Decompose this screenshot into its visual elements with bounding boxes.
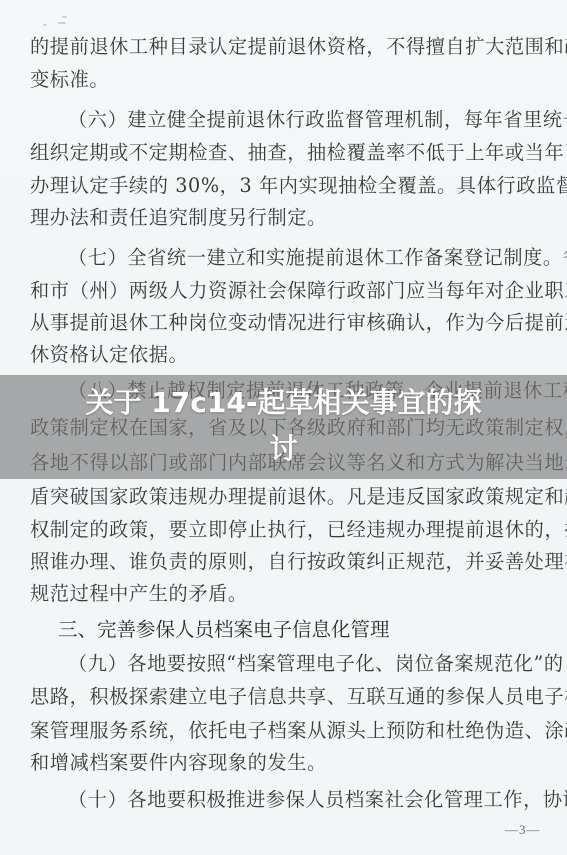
paragraph-nine-start: （九）各地要按照“档案管理电子化、岗位备案规范化”的 bbox=[68, 648, 540, 680]
text-line: 办理认定手续的 30%，3 年内实现抽检全覆盖。具体行政监督管 bbox=[30, 170, 540, 202]
text-line: 组织定期或不定期检查、抽查，抽检覆盖率不低于上年或当年已 bbox=[30, 137, 540, 169]
text-line: 变标准。 bbox=[30, 64, 540, 96]
text-line: 照谁办理、谁负责的原则，自行按政策纠正规范，并妥善处理在 bbox=[30, 546, 540, 578]
text-line: 规范过程中产生的矛盾。 bbox=[30, 578, 540, 610]
text-line: 的提前退休工种目录认定提前退休资格，不得擅自扩大范围和改 bbox=[30, 31, 540, 63]
paragraph-six-start: （六）建立健全提前退休行政监督管理机制，每年省里统一 bbox=[68, 104, 540, 136]
text-line: 理办法和责任追究制度另行制定。 bbox=[30, 202, 540, 234]
text-line: 思路，积极探索建立电子信息共享、互联互通的参保人员电子档 bbox=[30, 681, 540, 713]
text-line: 案管理服务系统，依托电子档案从源头上预防和杜绝伪造、涂改 bbox=[30, 715, 540, 747]
page-number: —3— bbox=[505, 822, 541, 838]
paragraph-ten-start: （十）各地要积极推进参保人员档案社会化管理工作，协调 bbox=[68, 784, 540, 816]
text-line: 和市（州）两级人力资源社会保障行政部门应当每年对企业职工 bbox=[30, 275, 540, 307]
text-line: 和增减档案要件内容现象的发生。 bbox=[30, 747, 540, 779]
section-heading: 三、完善参保人员档案电子信息化管理 bbox=[58, 614, 390, 646]
text-line: 休资格认定依据。 bbox=[30, 339, 540, 371]
article-title-line-1: 关于 17c14-起草相关事宜的探 bbox=[0, 380, 567, 426]
paragraph-seven-start: （七）全省统一建立和实施提前退休工作备案登记制度。省 bbox=[68, 242, 540, 274]
text-line: 权制定的政策，要立即停止执行，已经违规办理提前退休的，按 bbox=[30, 514, 540, 546]
article-title-line-2: 讨 bbox=[0, 426, 567, 472]
text-line: 从事提前退休工种岗位变动情况进行审核确认，作为今后提前退 bbox=[30, 307, 540, 339]
scan-speck bbox=[62, 16, 67, 18]
article-title[interactable]: 关于 17c14-起草相关事宜的探 讨 bbox=[0, 380, 567, 472]
scan-speck bbox=[43, 24, 47, 26]
text-line: 盾突破国家政策违规办理提前退休。凡是违反国家政策规定和越 bbox=[30, 481, 540, 513]
scan-speck bbox=[58, 22, 66, 24]
